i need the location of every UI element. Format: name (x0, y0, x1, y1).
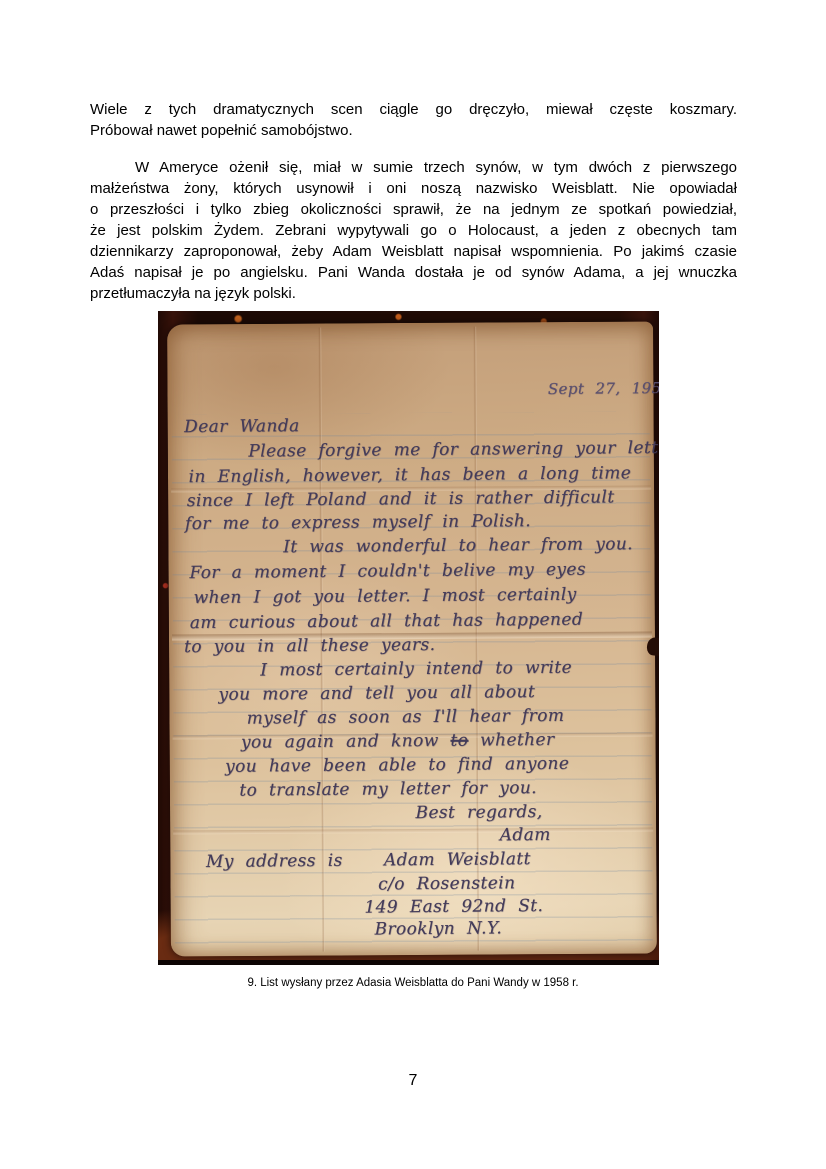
text-line: o przeszłości i tylko zbieg okoliczności… (90, 199, 737, 220)
photo-caption: 9. List wysłany przez Adasia Weisblatta … (0, 977, 826, 989)
letter-line: in English, however, it has been a long … (188, 463, 631, 487)
text-line: dziennikarzy zaproponował, żeby Adam Wei… (90, 241, 737, 262)
letter-line: you again and know to whether (241, 730, 555, 753)
letter-signature: Adam (500, 825, 551, 845)
letter-line: you more and tell you all about (218, 682, 535, 705)
letter-line: to translate my letter for you. (239, 778, 537, 801)
letter-line: Best regards, (415, 802, 542, 823)
letter-line: to you in all these years. (184, 635, 436, 657)
letter-line: when I got you letter. I most certainly (194, 585, 577, 608)
page-number: 7 (0, 1072, 826, 1090)
text-line: Adaś napisał je po angielsku. Pani Wanda… (90, 262, 737, 283)
letter-line: For a moment I couldn't belive my eyes (189, 560, 586, 583)
body-text: Wiele z tych dramatycznych scen ciągle g… (90, 99, 737, 304)
letter-salutation: Dear Wanda (184, 416, 300, 437)
letter-line: It was wonderful to hear from you. (283, 534, 633, 557)
paragraph: W Ameryce ożenił się, miał w sumie trzec… (90, 157, 737, 304)
letter-line: Please forgive me for answering your let… (248, 438, 659, 462)
letter-address: 149 East 92nd St. (364, 896, 543, 918)
text-line: W Ameryce ożenił się, miał w sumie trzec… (90, 157, 737, 178)
document-page: Wiele z tych dramatycznych scen ciągle g… (0, 0, 826, 1169)
letter-line: My address is (206, 851, 343, 872)
letter-line: for me to express myself in Polish. (185, 511, 531, 534)
letter-line: myself as soon as I'll hear from (247, 706, 565, 729)
letter-photo: Sept 27, 1958Dear WandaPlease forgive me… (158, 311, 659, 965)
letter-date: Sept 27, 1958 (548, 379, 659, 398)
text-line: Wiele z tych dramatycznych scen ciągle g… (90, 99, 737, 120)
letter-address: Adam Weisblatt (384, 849, 531, 870)
letter-address: c/o Rosenstein (378, 873, 515, 894)
letter-line: you have been able to find anyone (225, 754, 569, 777)
letter-line: I most certainly intend to write (260, 658, 572, 681)
text-line: małżeństwa żony, których usynowił i oni … (90, 178, 737, 199)
letter-lines-layer: Sept 27, 1958Dear WandaPlease forgive me… (158, 311, 659, 965)
letter-line: am curious about all that has happened (190, 610, 583, 633)
paragraph: Wiele z tych dramatycznych scen ciągle g… (90, 99, 737, 141)
text-line: Próbował nawet popełnić samobójstwo. (90, 120, 737, 141)
text-line: przetłumaczyła na język polski. (90, 283, 737, 304)
letter-address: Brooklyn N.Y. (374, 918, 502, 939)
text-line: że jest polskim Żydem. Zebrani wypytywal… (90, 220, 737, 241)
letter-line: since I left Poland and it is rather dif… (187, 487, 615, 511)
